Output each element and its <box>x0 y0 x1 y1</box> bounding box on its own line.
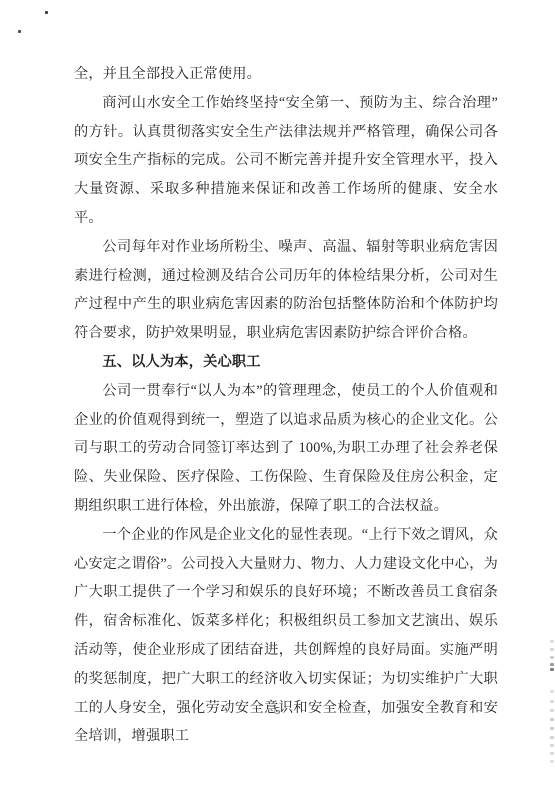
scan-edge-mark <box>550 752 554 755</box>
scan-edge-mark <box>550 744 554 747</box>
paragraph: 全，并且全部投入正常使用。 <box>74 60 498 89</box>
scan-speck <box>18 30 21 33</box>
scan-edge-mark <box>550 709 554 712</box>
scan-edge-mark <box>550 663 554 666</box>
scan-edge-mark <box>550 640 554 643</box>
scan-speck <box>45 11 48 14</box>
scan-edge-mark <box>550 648 554 651</box>
paragraph: 公司每年对作业场所粉尘、噪声、高温、辐射等职业病危害因素进行检测，通过检测及结合… <box>74 233 498 348</box>
page-number: 5 <box>0 705 555 717</box>
scan-edge-mark <box>550 690 554 693</box>
scan-edge-mark <box>550 736 554 739</box>
scan-edge-mark <box>550 760 554 763</box>
scan-edge-mark <box>550 700 554 703</box>
scan-edge-mark <box>550 727 554 730</box>
section-heading: 五、以人为本，关心职工 <box>74 348 498 377</box>
document-body: 全，并且全部投入正常使用。商河山水安全工作始终坚持“安全第一、预防为主、综合治理… <box>74 60 498 751</box>
scan-edge-mark <box>550 668 554 671</box>
paragraph: 商河山水安全工作始终坚持“安全第一、预防为主、综合治理”的方针。认真贯彻落实安全… <box>74 89 498 233</box>
scan-edge-mark <box>550 656 554 659</box>
scan-edge-mark <box>550 718 554 721</box>
document-page: 全，并且全部投入正常使用。商河山水安全工作始终坚持“安全第一、预防为主、综合治理… <box>0 0 555 785</box>
paragraph: 公司一贯奉行“以人为本”的管理理念，使员工的个人价值观和企业的价值观得到统一，塑… <box>74 377 498 521</box>
